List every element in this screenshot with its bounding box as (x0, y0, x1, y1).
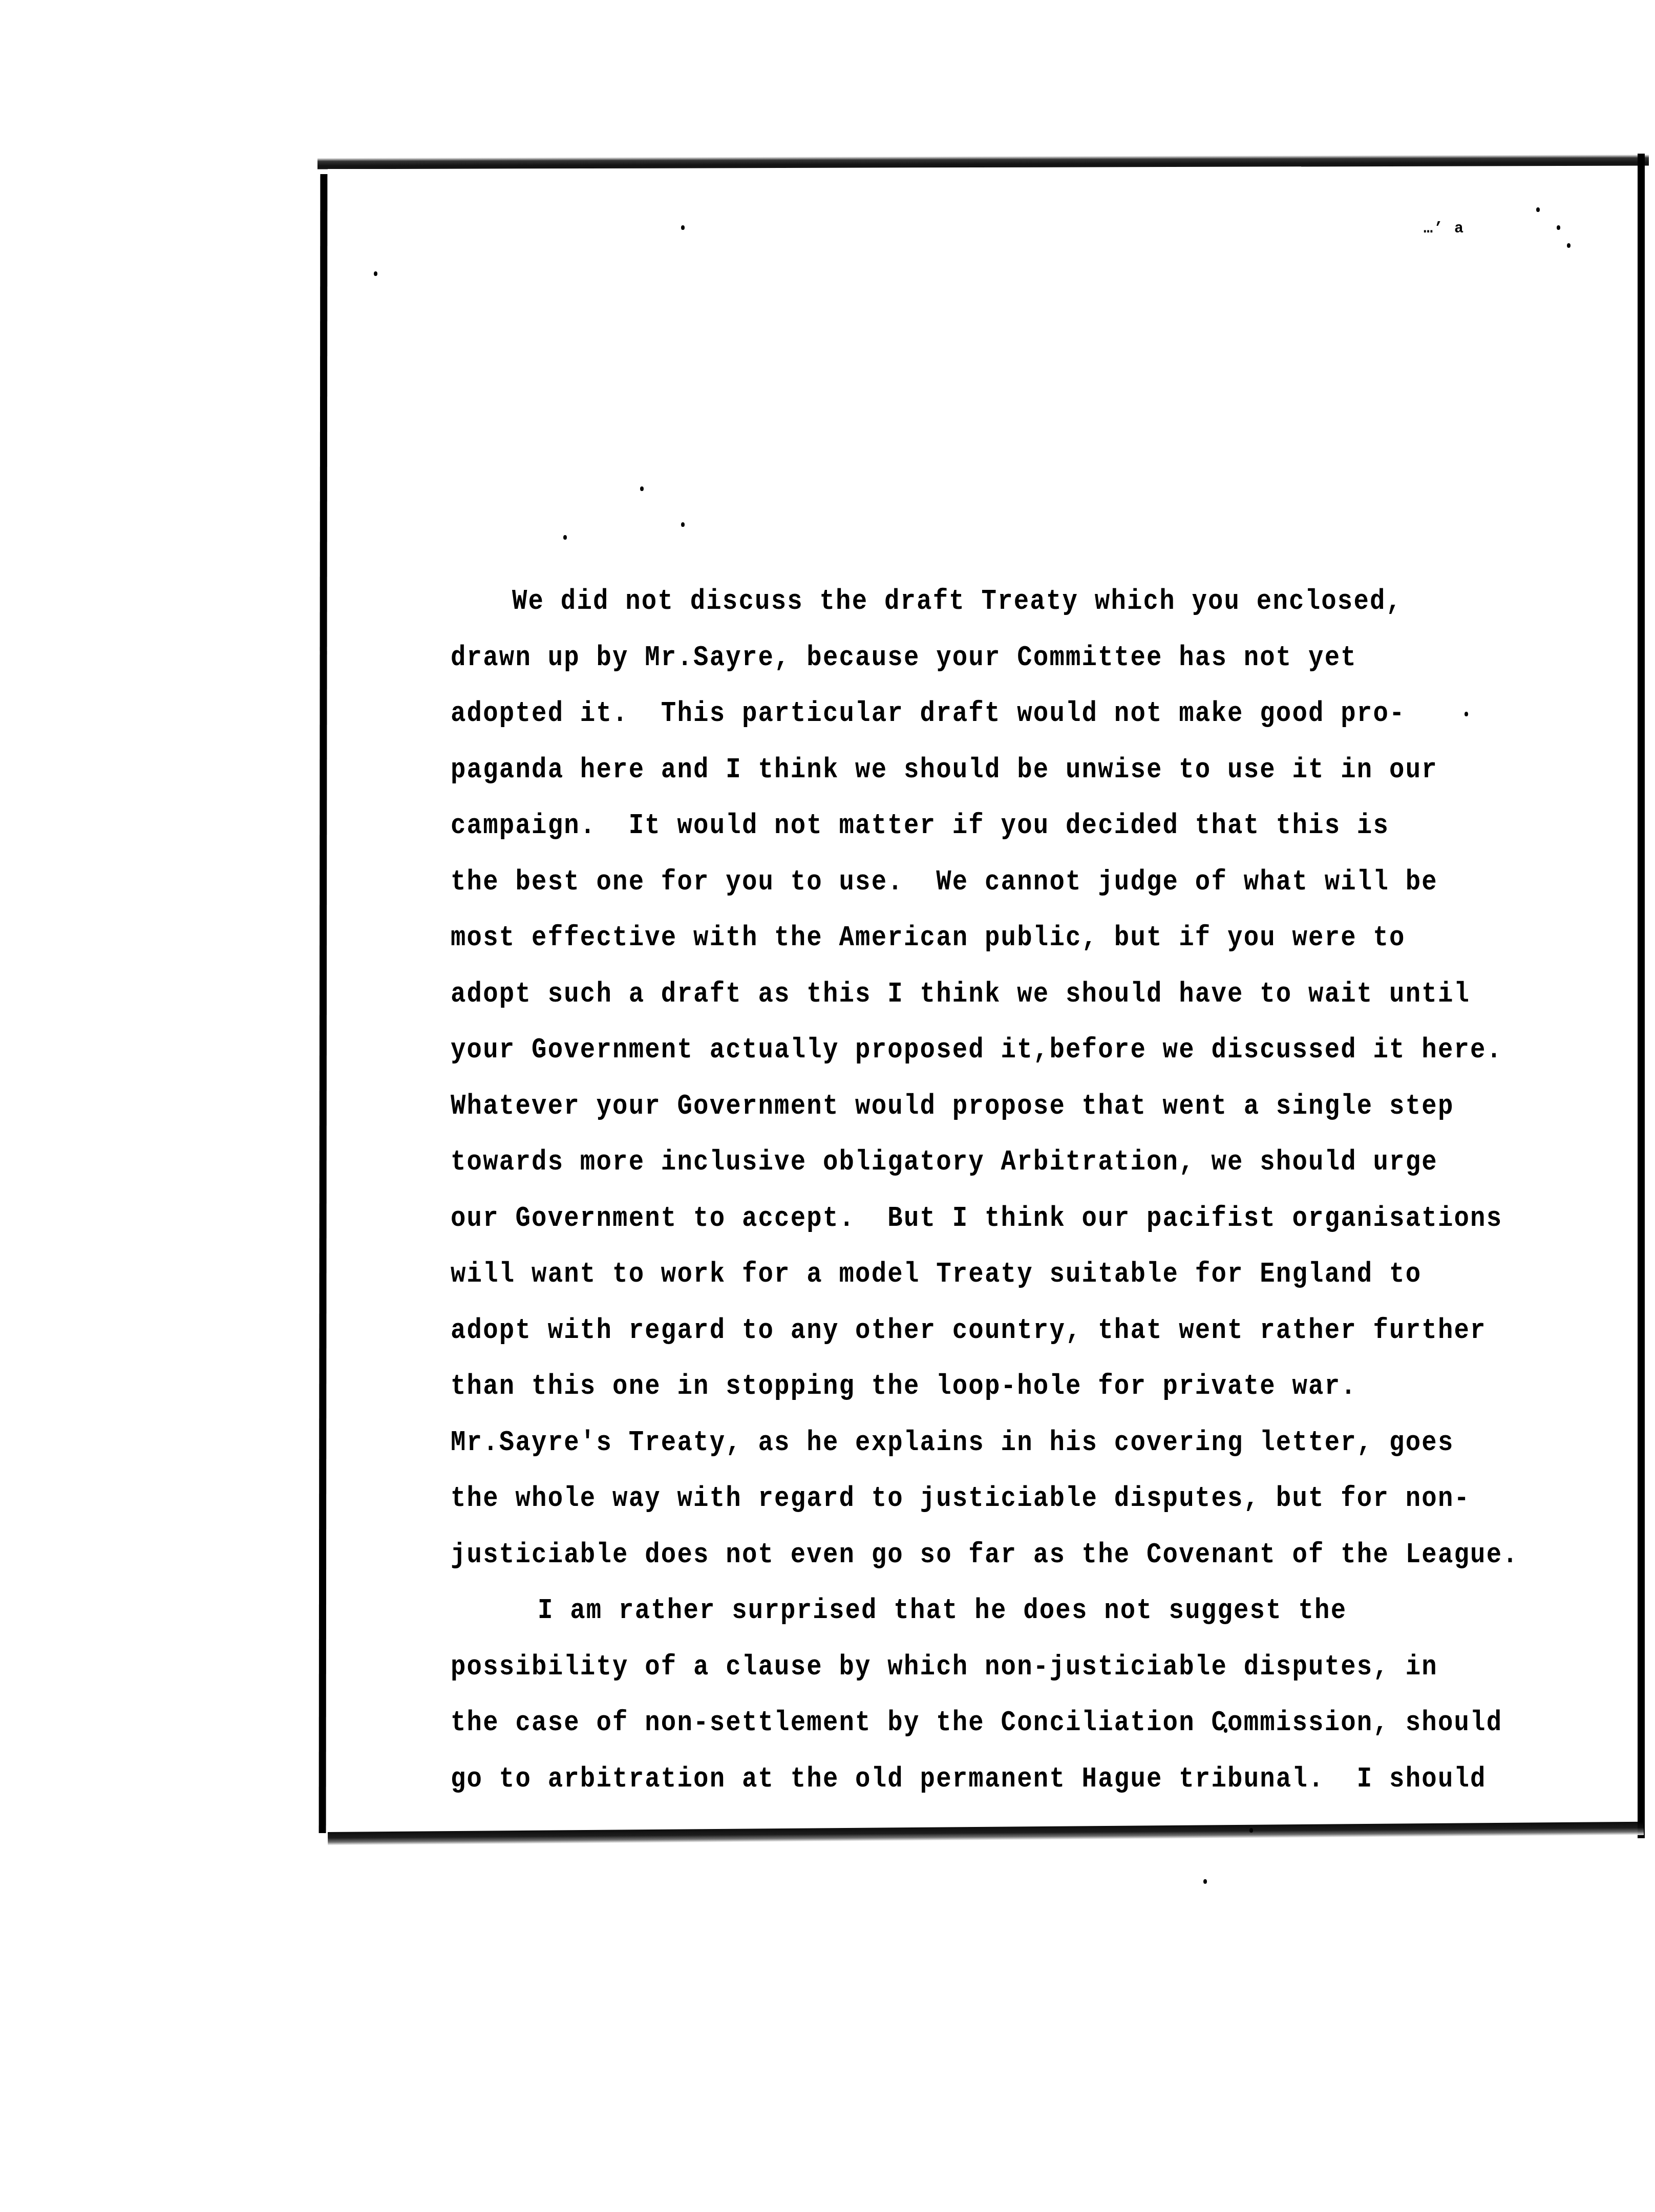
text-line: adopted it. This particular draft would … (451, 682, 1577, 746)
text-line: We did not discuss the draft Treaty whic… (451, 569, 1577, 634)
text-line: most effective with the American public,… (451, 906, 1577, 970)
scan-speck (681, 522, 685, 527)
scan-speck (1203, 1879, 1207, 1884)
scan-speck (640, 486, 644, 491)
text-line: the whole way with regard to justiciable… (451, 1466, 1577, 1531)
scan-speck (1567, 243, 1571, 248)
scan-speck (1557, 225, 1560, 230)
text-line: the best one for you to use. We cannot j… (451, 849, 1577, 914)
text-line: than this one in stopping the loop-hole … (451, 1354, 1577, 1419)
text-line: adopt with regard to any other country, … (451, 1298, 1577, 1363)
letter-body: We did not discuss the draft Treaty whic… (451, 573, 1577, 1807)
text-line: drawn up by Mr.Sayre, because your Commi… (451, 625, 1577, 690)
scan-speck (1536, 207, 1540, 212)
text-line: your Government actually proposed it,bef… (451, 1018, 1577, 1082)
text-line: the case of non-settlement by the Concil… (451, 1691, 1577, 1755)
text-line: our Government to accept. But I think ou… (451, 1186, 1577, 1250)
text-line: adopt such a draft as this I think we sh… (451, 962, 1577, 1026)
scan-speck (681, 225, 685, 230)
page-edge-top (317, 155, 1649, 169)
scan-speck (374, 271, 377, 276)
page-edge-left (319, 174, 328, 1833)
page-edge-right (1638, 154, 1645, 1838)
text-line: paganda here and I think we should be un… (451, 737, 1577, 802)
paragraph-2: I am rather surprised that he does not s… (451, 1583, 1577, 1807)
text-line: Whatever your Government would propose t… (451, 1074, 1577, 1138)
page-number-mark: …’ a (1424, 220, 1465, 238)
text-line: towards more inclusive obligatory Arbitr… (451, 1130, 1577, 1195)
text-line: will want to work for a model Treaty sui… (451, 1242, 1577, 1307)
text-line: Mr.Sayre's Treaty, as he explains in his… (451, 1410, 1577, 1475)
text-line: campaign. It would not matter if you dec… (451, 794, 1577, 858)
scan-speck (563, 535, 567, 540)
paragraph-1: We did not discuss the draft Treaty whic… (451, 573, 1577, 1583)
text-line: go to arbitration at the old permanent H… (451, 1747, 1577, 1811)
text-line: I am rather surprised that he does not s… (451, 1579, 1577, 1643)
scan-speck (1249, 1828, 1253, 1833)
text-line: justiciable does not even go so far as t… (451, 1522, 1577, 1587)
text-line: possibility of a clause by which non-jus… (451, 1634, 1577, 1699)
